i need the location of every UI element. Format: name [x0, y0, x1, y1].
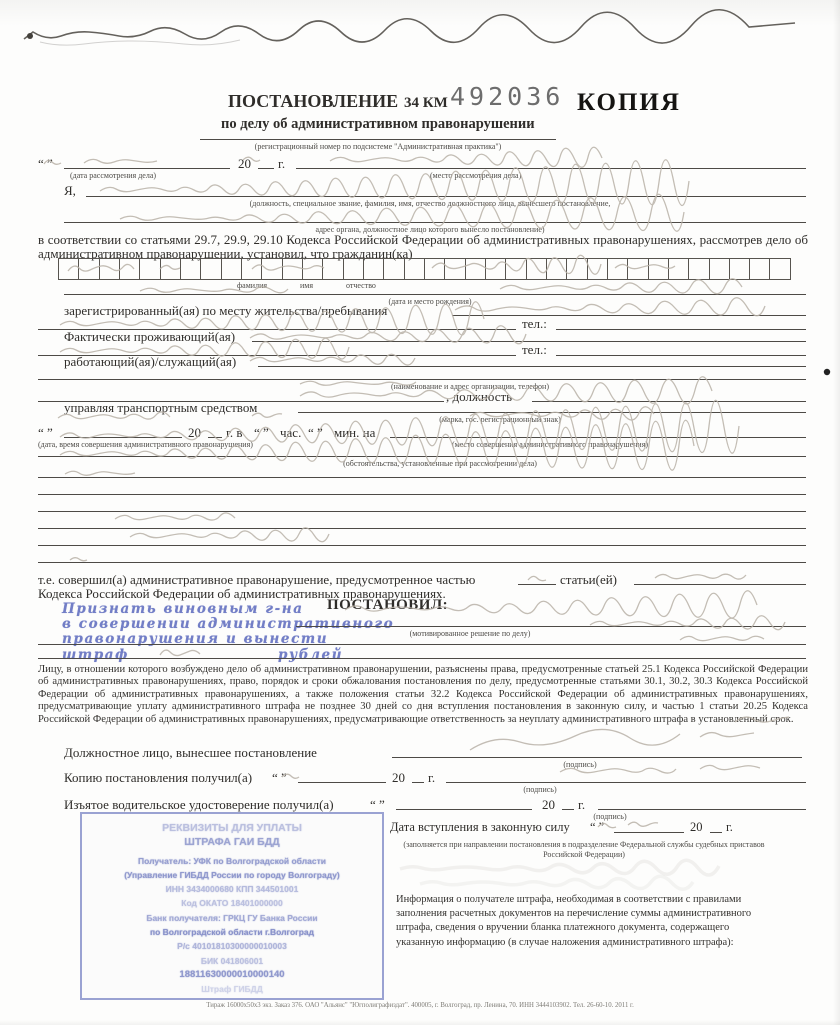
blank-legal-year	[710, 832, 722, 833]
resolution-stamp-line-2: в совершении административного	[62, 616, 394, 632]
char-box	[241, 258, 262, 280]
blank-motivated-1	[296, 626, 806, 627]
signature-label-2: (подпись)	[460, 785, 620, 794]
blank-org-address	[64, 222, 806, 223]
offense-year-prefix: 20	[188, 425, 201, 441]
copy-mark: КОПИЯ	[577, 89, 681, 117]
char-box	[587, 258, 608, 280]
char-box	[58, 258, 79, 280]
legal-force-quote: “ ”	[590, 820, 604, 835]
reg-number-note: (регистрационный номер по подсистеме "Ад…	[200, 142, 556, 151]
blank-license-signature	[598, 809, 806, 810]
char-box	[688, 258, 709, 280]
blank-reg-number	[200, 139, 556, 140]
blank-official-signature	[392, 757, 802, 758]
blank-offense-year	[208, 437, 222, 438]
requisites-line: БИК 041806001	[82, 954, 382, 968]
form-subtitle: по делу об административном правонарушен…	[221, 116, 535, 133]
tel-label-2: тел.:	[522, 342, 547, 358]
ruled-line	[38, 511, 806, 512]
copy-received-label: Копию постановления получил(а)	[64, 770, 252, 786]
blank-part	[518, 584, 556, 585]
license-day-quote: “ ”	[370, 797, 385, 813]
requisites-line: Код ОКАТО 18401000000	[82, 896, 382, 910]
form-series: 34 КМ	[404, 95, 448, 112]
name-character-boxes	[59, 258, 791, 280]
offense-g-v: г. в	[226, 425, 243, 441]
requisites-line: по Волгоградской области г.Волгоград	[82, 925, 382, 939]
requisites-line: Получатель: УФК по Волгоградской области	[82, 854, 382, 868]
legal-force-label: Дата вступления в законную силу	[390, 820, 570, 835]
char-box	[749, 258, 770, 280]
resolution-stamp-currency: рублей	[278, 647, 343, 663]
license-received-label: Изъятое водительское удостоверение получ…	[64, 797, 334, 813]
ruled-line	[38, 545, 806, 546]
requisites-line: Банк получателя: ГРКЦ ГУ Банка России	[82, 911, 382, 925]
rights-paragraph: Лицу, в отношении которого возбуждено де…	[38, 664, 808, 726]
char-box	[769, 258, 790, 280]
requisites-line: РЕКВИЗИТЫ ДЛЯ УПЛАТЫ	[82, 821, 382, 835]
offense-chas: час.	[280, 425, 301, 441]
blank-motivated-2	[38, 644, 806, 645]
char-box	[526, 258, 547, 280]
circumstances-label: (обстоятельства, установленные при рассм…	[290, 459, 590, 468]
resolution-stamp-line-1: Признать виновным г-на	[62, 601, 304, 617]
offense-day-quote: “ ”	[38, 425, 53, 441]
intro-paragraph: в соответствии со статьями 29.7, 29.9, 2…	[38, 233, 808, 260]
blank-motivated-3	[38, 658, 806, 659]
year-prefix: 20	[238, 156, 251, 172]
payment-requisites-stamp: РЕКВИЗИТЫ ДЛЯ УПЛАТЫ ШТРАФА ГАИ БДД Полу…	[80, 812, 384, 1000]
signature-label-1: (подпись)	[500, 760, 660, 769]
scan-edge-top	[0, 0, 840, 26]
requisites-line: Р/с 40101810300000010003	[82, 939, 382, 953]
offense-min-na: мин. на	[334, 425, 375, 441]
day-quote-blank: “ ”	[38, 156, 53, 172]
char-box	[99, 258, 120, 280]
char-box	[485, 258, 506, 280]
position-label: , должность	[446, 389, 512, 405]
official-info-label: (должность, специальное звание, фамилия,…	[120, 199, 740, 208]
char-box	[424, 258, 445, 280]
resolution-stamp-fine-word: штраф	[62, 647, 129, 663]
char-box	[546, 258, 567, 280]
char-box	[160, 258, 181, 280]
driving-label: управляя транспортным средством	[64, 400, 257, 416]
form-serial-number: 492036	[450, 82, 564, 111]
copy-year-prefix: 20	[392, 770, 405, 786]
char-box	[139, 258, 160, 280]
char-box	[404, 258, 425, 280]
blank-official	[86, 196, 806, 197]
scan-dot-right	[824, 369, 830, 375]
legal-year-suffix: г.	[726, 820, 733, 835]
scan-blob-top-left	[27, 33, 33, 39]
article-label: статьи(ей)	[560, 572, 617, 588]
blank-date	[64, 168, 230, 169]
char-box	[729, 258, 750, 280]
blank-place	[296, 168, 806, 169]
ruled-line	[38, 562, 806, 563]
char-box	[566, 258, 587, 280]
scanned-resolution-form: ПОСТАНОВЛЕНИЕ 34 КМ 492036 КОПИЯ по делу…	[0, 0, 840, 1025]
offense-place-label: (место совершения административного прав…	[452, 440, 648, 449]
char-box	[627, 258, 648, 280]
char-box	[119, 258, 140, 280]
blank-birth	[64, 294, 806, 295]
char-box	[302, 258, 323, 280]
char-box	[78, 258, 99, 280]
char-box	[505, 258, 526, 280]
blank-copy-month	[298, 782, 386, 783]
char-box	[465, 258, 486, 280]
place-case-label: (место рассмотрения дела)	[430, 171, 521, 180]
legal-force-note: (заполняется при направлении постановлен…	[398, 840, 770, 860]
blank-registered	[452, 315, 806, 316]
char-box	[261, 258, 282, 280]
ghost-offset-print	[400, 860, 719, 889]
name-label: имя	[300, 281, 313, 290]
copy-year-suffix: г.	[428, 770, 435, 786]
blank-vehicle	[298, 412, 806, 413]
actual-residence-label: Фактически проживающий(ая)	[64, 329, 235, 345]
char-box	[221, 258, 242, 280]
ruled-line	[38, 528, 806, 529]
blank-working	[258, 366, 806, 367]
scan-edge-bottom	[0, 1020, 840, 1025]
legal-year-prefix: 20	[690, 820, 703, 835]
requisites-line: 18811630000010000140	[82, 968, 382, 982]
blank-tel-1	[556, 329, 806, 330]
blank-legal-month	[614, 832, 684, 833]
char-box	[607, 258, 628, 280]
vehicle-info-label: (марка, гос. регистрационный знак)	[370, 415, 630, 424]
offense-hour-quote: “ ”	[254, 425, 269, 441]
form-title: ПОСТАНОВЛЕНИЕ	[228, 91, 398, 112]
scan-edge-right	[833, 0, 840, 1025]
blank-circumstances	[38, 456, 806, 457]
blank-offense-month	[64, 437, 182, 438]
license-year-suffix: г.	[578, 797, 585, 813]
blank-tel-2	[556, 355, 806, 356]
char-box	[322, 258, 343, 280]
requisites-line: ШТРАФА ГАИ БДД	[82, 835, 382, 849]
motivated-label: (мотивированное решение по делу)	[350, 629, 590, 638]
payee-info-paragraph: Информация о получателе штрафа, необходи…	[396, 893, 766, 950]
registered-label: зарегистрированный(ая) по месту жительст…	[64, 303, 387, 319]
blank-license-month	[396, 809, 532, 810]
blank-copy-year	[412, 782, 424, 783]
char-box	[282, 258, 303, 280]
char-box	[363, 258, 384, 280]
blank-offense-place	[390, 437, 806, 438]
blank-position	[532, 401, 806, 402]
blank-year	[258, 168, 274, 169]
requisites-line: (Управление ГИБДД России по городу Волго…	[82, 868, 382, 882]
license-year-prefix: 20	[542, 797, 555, 813]
patronymic-label: отчество	[346, 281, 376, 290]
ya-prefix: Я,	[64, 183, 76, 199]
requisites-line: Штраф ГИБДД	[82, 982, 382, 996]
ruled-line	[38, 477, 806, 478]
surname-label: фамилия	[237, 281, 267, 290]
blank-working-2	[38, 379, 806, 380]
char-box	[709, 258, 730, 280]
blank-copy-signature	[446, 782, 806, 783]
year-suffix: г.	[278, 156, 285, 172]
blank-article	[634, 584, 806, 585]
char-box	[383, 258, 404, 280]
char-box	[343, 258, 364, 280]
char-box	[444, 258, 465, 280]
resolved-heading: ПОСТАНОВИЛ:	[327, 597, 448, 614]
blank-license-year	[562, 809, 574, 810]
print-imprint: Тираж 16000х50х3 экз. Заказ 376. ОАО "Ал…	[0, 1002, 840, 1009]
copy-day-quote: “ ”	[272, 770, 287, 786]
offense-min-quote: “ ”	[308, 425, 323, 441]
official-sign-label: Должностное лицо, вынесшее постановление	[64, 745, 317, 761]
ruled-line	[38, 494, 806, 495]
char-box	[668, 258, 689, 280]
requisites-line: ИНН 3434000680 КПП 344501001	[82, 882, 382, 896]
offense-datetime-label: (дата, время совершения административног…	[38, 440, 253, 449]
char-box	[200, 258, 221, 280]
tel-label-1: тел.:	[522, 316, 547, 332]
char-box	[648, 258, 669, 280]
char-box	[180, 258, 201, 280]
working-label: работающий(ая)/служащий(ая)	[64, 354, 236, 370]
date-case-label: (дата рассмотрения дела)	[70, 171, 156, 180]
